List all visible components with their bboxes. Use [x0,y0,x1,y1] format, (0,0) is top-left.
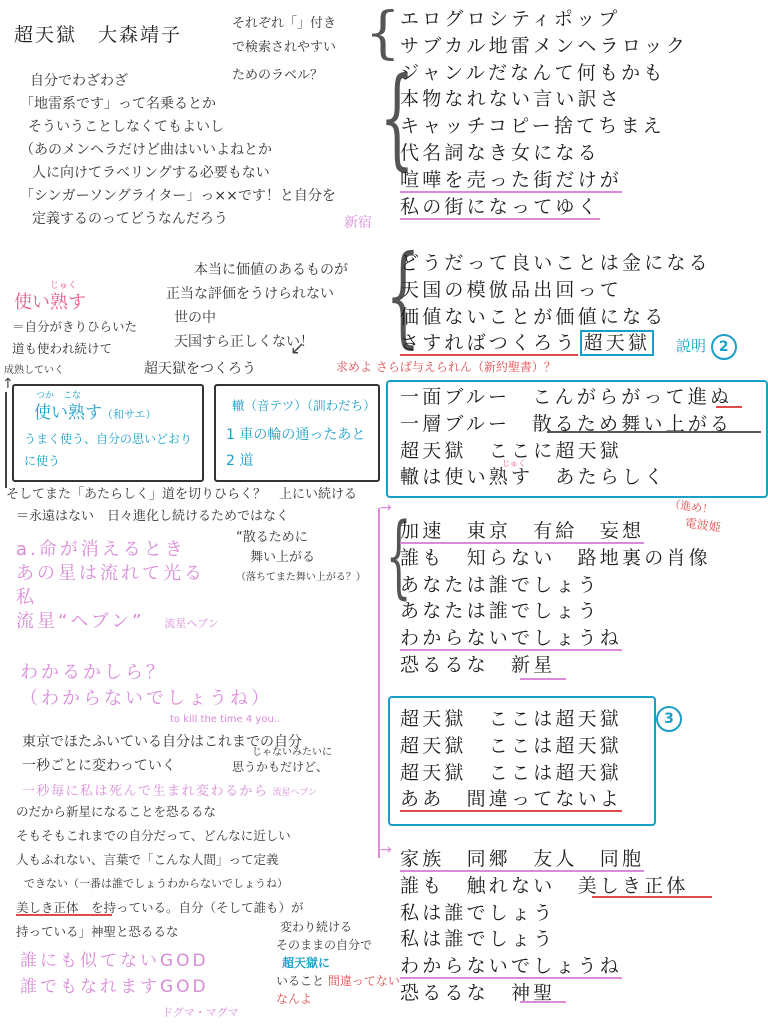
underlined-lyric: 家族 同郷 友人 同胞 [400,848,644,872]
box-title: 使い熟す [34,403,102,423]
note-line: のだから新星になることを恐るるな [16,800,304,824]
underline [547,431,761,433]
lyric-text: 一秒毎に私は死んで生まれ変わるから [22,784,269,799]
lyric-line: ああ 間違ってないよ [400,786,622,813]
note-line: “散るために [236,528,366,548]
box-line: 2 道 [226,448,365,474]
box-line: うまく使う、自分の思いどおり [24,428,192,450]
note-line: 天国すら正しくない！ [166,330,348,354]
lyric-line: 価値ないことが価値になる [400,304,711,331]
definition-box-tsukaikonasu: つか こな 使い熟す（和サエ） うまく使う、自分の思いどおり に使う [12,384,204,482]
circle-3-note: 3 [656,706,682,732]
note-line: 本当に価値のあるものが [166,258,348,282]
motomeyo-note: 求めよ さらば与えられん（新約聖書）？ [336,358,556,375]
lyric-line: 恐るるな 新星 [400,652,711,679]
box-line: 1 車の輪の通ったあと [226,422,365,448]
note-line: じゃないみたいに [232,746,332,760]
lyric-line: 誰も 知らない 路地裏の肖像 [400,545,711,572]
mid-note: そしてまた「あたらしく」道を切りひらく？ 上にい続ける ＝永遠はない 日々進化し… [6,484,357,528]
kill-time-note: to kill the time 4 you.. [170,714,280,725]
lyric-line: 家族 同郷 友人 同胞 [400,846,689,873]
circle-3-icon: 3 [656,706,682,732]
note-line: ＝永遠はない 日々進化し続けるためではなく [6,506,357,528]
underlined-lyric: わからないでしょうね [400,955,622,979]
note-line: そもそもこれまでの自分だって、どんなに近しい [16,824,304,848]
note-line: 道も使われ続けて [12,338,137,360]
purple-lyrics-1: a.命が消えるとき あの星は流れて光る 私 流星“ヘブン”流星ヘブン [16,538,219,636]
note-line: 持っている」神聖と恐るるな [16,920,304,944]
purple-lyrics-2: わかるかしら？ （わからないでしょうね） [20,660,272,712]
lyric-line: 私は誰でしょう [400,926,689,953]
note-text: いること [276,974,324,988]
setsumei-label: 説明 [676,337,706,355]
note-line: 成熟していく [4,360,137,382]
lyric-line: 誰でもなれますGOD [20,974,209,1000]
lyric-line: 超天獄 ここは超天獄 [400,760,622,787]
underlined-lyric: わからないでしょうね [400,627,622,651]
circle-2-icon: 2 [711,334,737,360]
lyric-line: どうだって良いことは金になる [400,250,711,277]
note-line: （あのメンヘラだけど曲はいいよねとか [20,139,336,162]
underlined-lyric: 喧嘩を売った街だけが [400,169,622,193]
tokyo-aside: じゃないみたいに 思うかもだけど、 [232,746,332,774]
lyric-line: 流星“ヘブン”流星ヘブン [16,610,219,636]
arrow-icon: ↙ [290,338,305,359]
lyric-line: 天国の模倣品出回って [400,277,711,304]
note-line: 変わり続ける [276,918,400,936]
note-text: 流星ヘブン [164,617,218,630]
lyrics-verse-1: エログロシティポップ サブカル地雷メンヘラロック ジャンルだなんて何もかも 本物… [400,6,688,220]
box-aside: （和サエ） [102,408,157,421]
lyrics-chorus-2: 超天獄 ここは超天獄 超天獄 ここは超天獄 超天獄 ここは超天獄 ああ 間違って… [400,706,622,813]
note-line: なんよ [276,990,400,1008]
lyric-line: あなたは誰でしょう [400,598,711,625]
lyrics-verse-4: 家族 同郷 友人 同胞 誰も 触れない 美しき正体 私は誰でしょう 私は誰でしょ… [400,846,689,1007]
bracket-line [378,508,380,858]
definition-box-wadachi: 轍（音テツ）（訓わだち） 1 車の輪の通ったあと 2 道 [214,384,380,482]
lyric-line: キャッチコピー捨てちまえ [400,113,688,140]
underlined-lyric: ああ 間違ってないよ [400,788,622,812]
lyric-line: 轍は使い熟す あたらしく [400,464,732,491]
lyric-line: あなたは誰でしょう [400,572,711,599]
lyric-line: 本物なれない言い訳さ [400,86,688,113]
lyric-line: 誰にも似てないGOD [20,948,209,974]
boxed-lyric-word: 超天獄 [580,330,655,356]
lyrics-verse-3: 加速 東京 有給 妄想 誰も 知らない 路地裏の肖像 あなたは誰でしょう あなた… [400,518,711,679]
lyric-line: （わからないでしょうね） [20,686,272,712]
lyric-line: サブカル地雷メンヘラロック [400,33,688,60]
underline [520,1001,566,1003]
note-line: 正当な評価をうけられない [166,282,348,306]
note-line: 人に向けてラベリングする必要もない [20,162,336,185]
note-line: 思うかもだけど、 [232,760,332,774]
note-line: 「地雷系です」って名乗るとか [20,93,336,116]
note-text: 流星ヘブン [273,788,317,798]
explanation-note: 説明 2 [676,334,737,360]
tsukaikonasu-definition: ＝自分がきりひらいた 道も使われ続けて 成熟していく [12,316,137,382]
note-line: 定義するのってどうなんだろう [20,208,336,231]
lyric-line: 私の街になってゆく [400,194,688,221]
lyric-line: 私 [16,586,219,610]
note-line: で検索されやすい [232,36,336,60]
lyric-text: 流星“ヘブン” [16,611,144,632]
lyric-line: 私は誰でしょう [400,900,689,927]
note-text: 間違ってない [328,974,400,988]
note-line: 「シンガーソングライター」っ××です！と自分を [20,185,336,208]
lyric-line: エログロシティポップ [400,6,688,33]
tsukaikonasu-title: 使い熟す [14,288,86,314]
lyric-line: 超天獄 ここに超天獄 [400,438,732,465]
underlined-lyric: 加速 東京 有給 妄想 [400,520,644,544]
make-heaven-note: 超天獄をつくろう [144,358,256,378]
note-line: そのままの自分で [276,936,400,954]
lyric-line: 一層ブルー 散るため舞い上がる [400,411,732,438]
lyric-line: a.命が消えるとき [16,538,219,562]
lyric-line: わからないでしょうね [400,625,711,652]
note-line: そしてまた「あたらしく」道を切りひらく？ 上にい続ける [6,484,357,506]
note-line: できない（一番は誰でしょうわからないでしょうね） [16,872,304,896]
lyric-line: 代名詞なき女になる [400,140,688,167]
underlined-lyric: さすればつくろう [400,332,578,356]
arrow-line [5,392,7,488]
underline [592,896,712,898]
underline [16,914,112,916]
value-note: 本当に価値のあるものが 正当な評価をうけられない 世の中 天国すら正しくない！ [166,258,348,354]
box-line: に使う [24,450,192,472]
lyric-line: あの星は流れて光る [16,562,219,586]
note-line: 超天獄に [276,954,400,972]
ruby-text: じゅく [502,458,526,469]
lyrics-chorus-1: 一面ブルー こんがらがって進ぬ 一層ブルー 散るため舞い上がる 超天獄 ここに超… [400,384,732,491]
purple-lyrics-god: 誰にも似てないGOD 誰でもなれますGOD [20,948,209,1000]
lyric-line: 喧嘩を売った街だけが [400,167,688,194]
note-line: 人もふれない、言葉で「こんな人間」って定義 [16,848,304,872]
tokyo-note-continued: のだから新星になることを恐るるな そもそもこれまでの自分だって、どんなに近しい … [16,800,304,944]
underline [520,678,566,680]
intro-note: 自分でわざわざ 「地雷系です」って名乗るとか そういうことしなくてもよいし （あ… [20,70,336,231]
lyric-line: 超天獄 ここは超天獄 [400,706,622,733]
note-line: ＝自分がきりひらいた [12,316,137,338]
dogma-note: ドグマ・マグマ [162,1004,239,1020]
lyric-line: 超天獄 ここは超天獄 [400,733,622,760]
note-line: （落ちてまた舞い上がる？） [236,568,366,588]
box-title: 轍（音テツ）（訓わだち） [232,396,376,414]
note-line: 世の中 [166,306,348,330]
note-line: 美しき正体 を持っている。自分（そして誰も）が [16,896,304,920]
note-line: それぞれ「」付き [232,12,336,36]
note-line: 自分でわざわざ [20,70,336,93]
lyric-line: 一面ブルー こんがらがって進ぬ [400,384,732,411]
final-note: 変わり続ける そのままの自分で 超天獄に いること 間違ってない なんよ [276,918,400,1008]
chiru-note: “散るために 舞い上がる （落ちてまた舞い上がる？） [236,528,366,588]
lyric-line: ジャンルだなんて何もかも [400,60,688,87]
lyric-line: わからないでしょうね [400,953,689,980]
lyric-line: さすればつくろう超天獄 [400,330,711,357]
page-title: 超天獄 大森靖子 [14,20,182,47]
shinjuku-note: 新宿 [344,212,372,232]
underlined-lyric: 私の街になってゆく [400,196,600,220]
underline [716,406,742,408]
lyrics-verse-2: どうだって良いことは金になる 天国の模倣品出回って 価値ないことが価値になる さ… [400,250,711,357]
lyric-line: 加速 東京 有給 妄想 [400,518,711,545]
lyric-line: わかるかしら？ [20,660,272,686]
note-line: そういうことしなくてもよいし [20,116,336,139]
arrow-icon: → [380,842,392,858]
note-line: 舞い上がる [236,548,366,568]
